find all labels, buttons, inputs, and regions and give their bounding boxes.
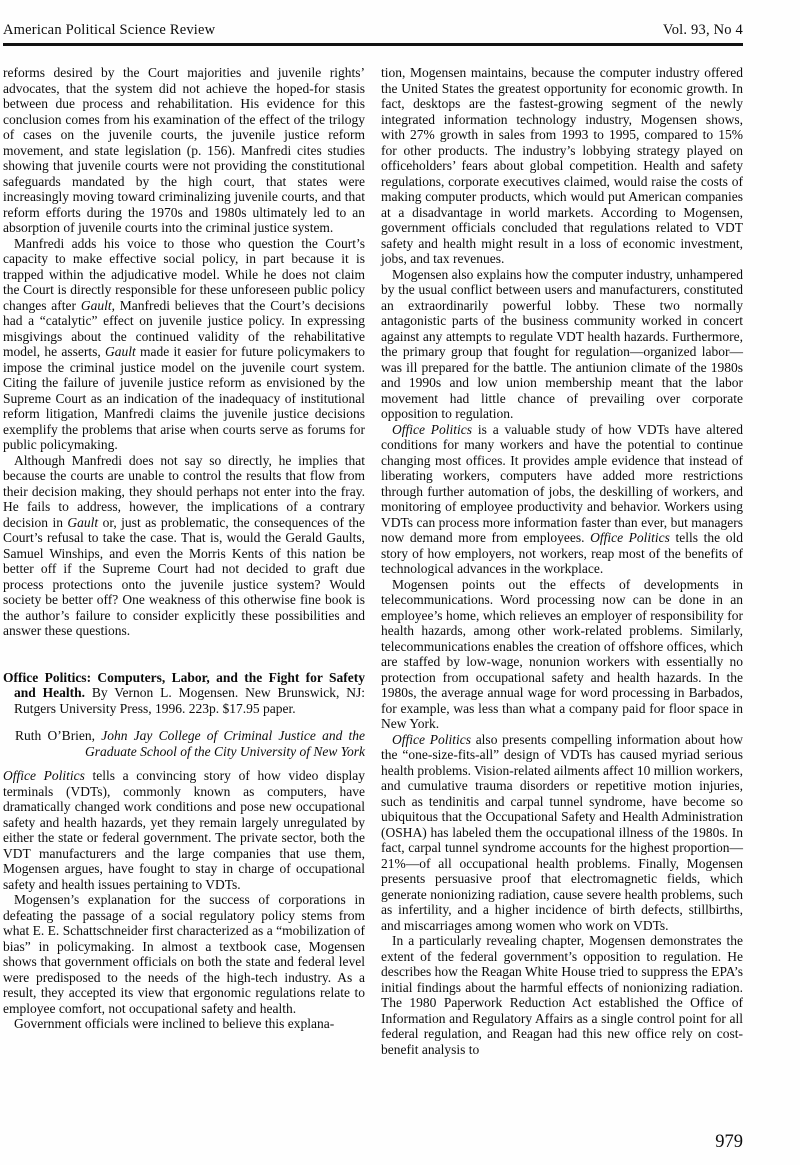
volume-issue-label: Vol. 93, No 4 (663, 22, 743, 39)
paragraph: Office Politics also presents compelling… (381, 732, 743, 934)
text-run: Ruth O’Brien, (15, 728, 101, 743)
journal-title: American Political Science Review (3, 22, 215, 39)
text-run: reforms desired by the Court majorities … (3, 65, 365, 235)
text-run: is a valuable study of how VDTs have alt… (381, 422, 743, 546)
text-run: Gault (81, 298, 112, 313)
article-body: reforms desired by the Court majorities … (3, 65, 743, 1057)
text-run: Mogensen’s explanation for the success o… (3, 892, 365, 1016)
page-header: American Political Science Review Vol. 9… (3, 22, 743, 46)
paragraph: tion, Mogensen maintains, because the co… (381, 65, 743, 267)
paragraph: Manfredi adds his voice to those who que… (3, 236, 365, 453)
book-heading: Office Politics: Computers, Labor, and t… (3, 670, 365, 717)
paragraph: Mogensen’s explanation for the success o… (3, 892, 365, 1016)
text-run: Mogensen points out the effects of devel… (381, 577, 743, 732)
right-column: tion, Mogensen maintains, because the co… (381, 65, 743, 1057)
text-run: or, just as problematic, the consequence… (3, 515, 365, 639)
text-run: Gault (67, 515, 98, 530)
paragraph: Office Politics is a valuable study of h… (381, 422, 743, 577)
text-run: tion, Mogensen maintains, because the co… (381, 65, 743, 266)
paragraph: reforms desired by the Court majorities … (3, 65, 365, 236)
text-run: Mogensen also explains how the computer … (381, 267, 743, 422)
left-column: reforms desired by the Court majorities … (3, 65, 365, 1057)
paragraph: In a particularly revealing chapter, Mog… (381, 933, 743, 1057)
paragraph: Government officials were inclined to be… (3, 1016, 365, 1032)
text-run: Office Politics (3, 768, 85, 783)
text-run: In a particularly revealing chapter, Mog… (381, 933, 743, 1057)
page-number: 979 (3, 1132, 743, 1153)
reviewer: Ruth O’Brien, John Jay College of Crimin… (3, 728, 365, 759)
text-run: tells a convincing story of how video di… (3, 768, 365, 892)
text-run: John Jay College of Criminal Justice and… (85, 728, 365, 759)
text-run: Office Politics (392, 732, 471, 747)
paragraph: Office Politics tells a convincing story… (3, 768, 365, 892)
text-run: Office Politics (392, 422, 472, 437)
text-run: also presents compelling information abo… (381, 732, 743, 933)
text-run: Office Politics (590, 530, 670, 545)
text-run: Gault (105, 344, 136, 359)
journal-page: American Political Science Review Vol. 9… (0, 0, 800, 1165)
paragraph: Mogensen also explains how the computer … (381, 267, 743, 422)
text-run: Government officials were inclined to be… (14, 1016, 334, 1031)
paragraph: Mogensen points out the effects of devel… (381, 577, 743, 732)
text-run: made it easier for future policymakers t… (3, 344, 365, 452)
paragraph: Although Manfredi does not say so direct… (3, 453, 365, 639)
